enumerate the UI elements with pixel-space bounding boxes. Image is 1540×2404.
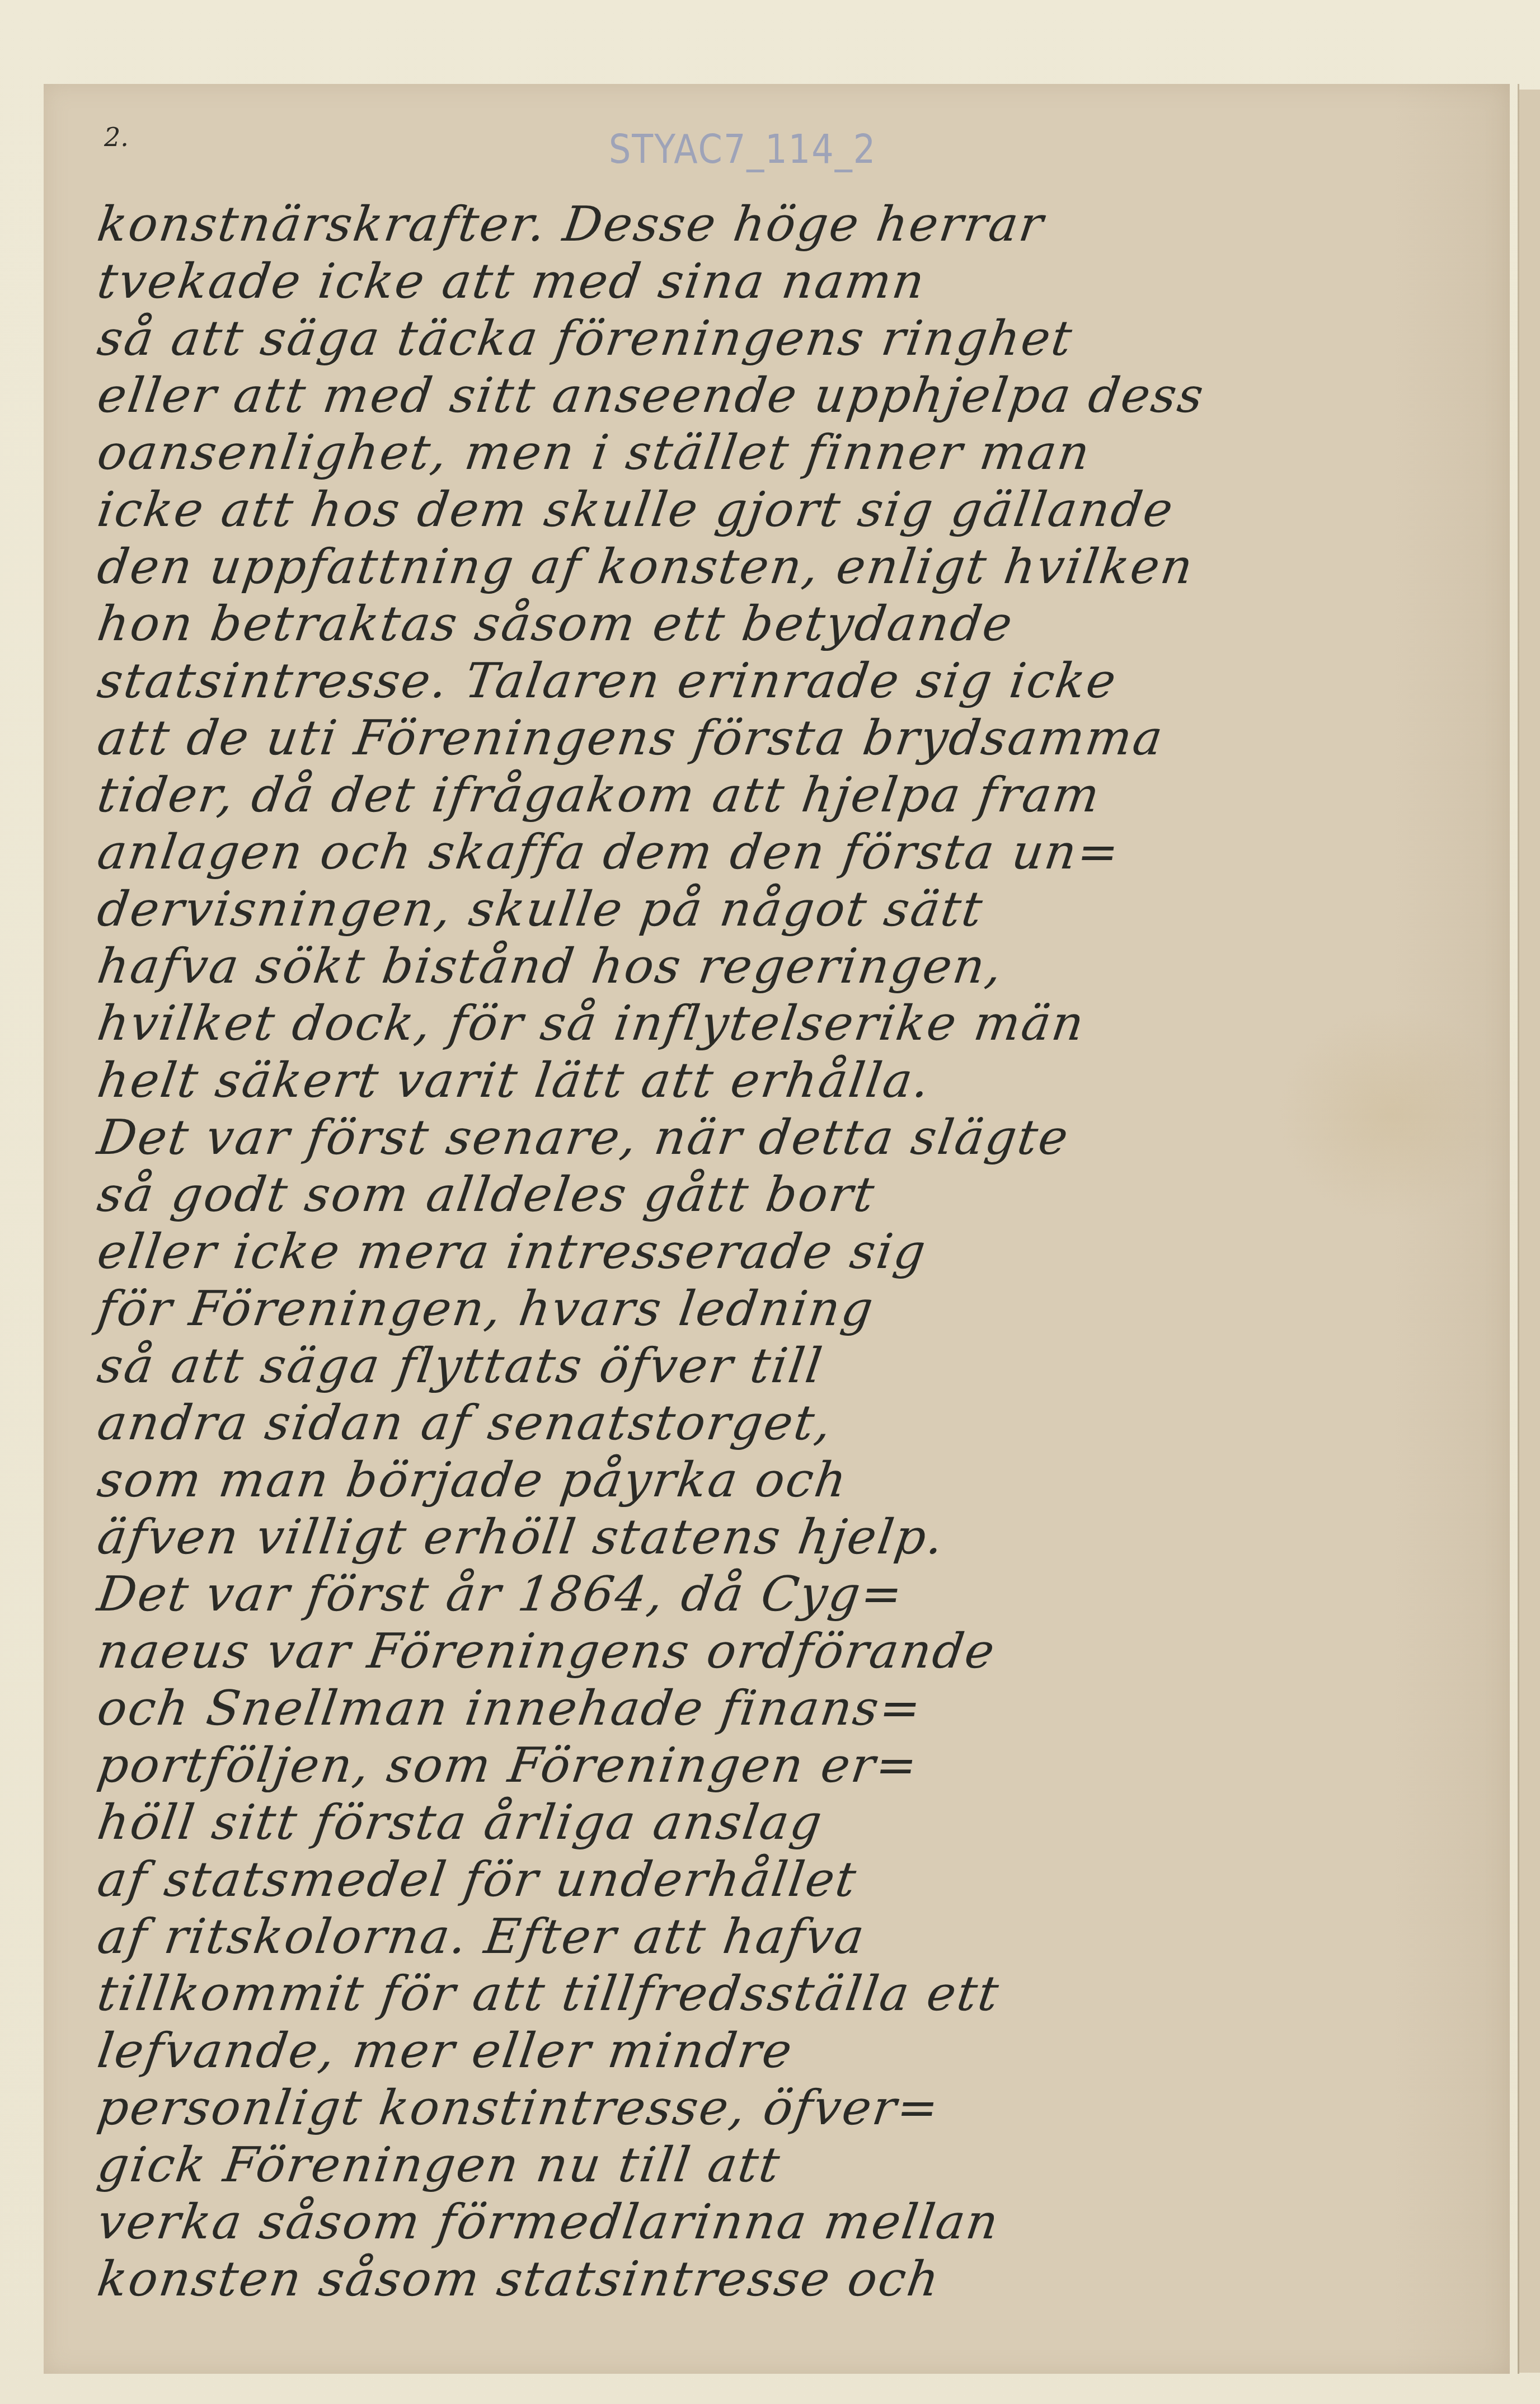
- text-line: äfven villigt erhöll statens hjelp.: [94, 1509, 1199, 1566]
- text-line: att de uti Föreningens första brydsamma: [94, 710, 1199, 767]
- adjacent-page-edge: [1519, 90, 1540, 2373]
- text-line: icke att hos dem skulle gjort sig gällan…: [94, 481, 1199, 538]
- text-line: gick Föreningen nu till att: [94, 2137, 1199, 2194]
- text-line: Det var först år 1864, då Cyg=: [94, 1566, 1199, 1623]
- text-line: och Snellman innehade finans=: [94, 1680, 1199, 1737]
- text-line: för Föreningen, hvars ledning: [94, 1280, 1199, 1337]
- text-line: hvilket dock, för så inflytelserike män: [94, 995, 1199, 1052]
- text-line: af statsmedel för underhållet: [94, 1851, 1199, 1908]
- text-line: helt säkert varit lätt att erhålla.: [94, 1052, 1199, 1109]
- text-line: personligt konstintresse, öfver=: [94, 2079, 1199, 2137]
- text-line: anlagen och skaffa dem den första un=: [94, 824, 1199, 881]
- text-line: verka såsom förmedlarinna mellan: [94, 2194, 1199, 2251]
- text-line: den uppfattning af konsten, enligt hvilk…: [94, 538, 1199, 595]
- text-line: höll sitt första årliga anslag: [94, 1794, 1199, 1851]
- text-line: så godt som alldeles gått bort: [94, 1166, 1199, 1223]
- text-line: tvekade icke att med sina namn: [94, 253, 1199, 310]
- text-line: statsintresse. Talaren erinrade sig icke: [94, 652, 1199, 710]
- text-line: så att säga flyttats öfver till: [94, 1337, 1199, 1394]
- text-line: konstnärskrafter. Desse höge herrar: [94, 196, 1199, 253]
- text-line: som man började påyrka och: [94, 1452, 1199, 1509]
- page-number: 2.: [104, 122, 129, 152]
- text-line: portföljen, som Föreningen er=: [94, 1737, 1199, 1794]
- text-line: andra sidan af senatstorget,: [94, 1394, 1199, 1452]
- text-line: eller icke mera intresserade sig: [94, 1223, 1199, 1280]
- text-line: tillkommit för att tillfredsställa ett: [94, 1965, 1199, 2022]
- text-line: naeus var Föreningens ordförande: [94, 1623, 1199, 1680]
- text-line: dervisningen, skulle på något sätt: [94, 881, 1199, 938]
- archive-stamp: STYAC7_114_2: [609, 126, 876, 173]
- text-line: hon betraktas såsom ett betydande: [94, 595, 1199, 652]
- manuscript-page: 2. STYAC7_114_2 konstnärskrafter. Desse …: [44, 84, 1510, 2374]
- text-line: konsten såsom statsintresse och: [94, 2251, 1199, 2308]
- text-line: så att säga täcka föreningens ringhet: [94, 310, 1199, 367]
- text-line: lefvande, mer eller mindre: [94, 2022, 1199, 2079]
- text-line: oansenlighet, men i stället finner man: [94, 424, 1199, 481]
- text-line: tider, då det ifrågakom att hjelpa fram: [94, 767, 1199, 824]
- text-line: hafva sökt bistånd hos regeringen,: [94, 938, 1199, 995]
- handwritten-text: konstnärskrafter. Desse höge herrar tvek…: [94, 196, 1191, 2308]
- text-line: af ritskolorna. Efter att hafva: [94, 1908, 1199, 1965]
- text-line: Det var först senare, när detta slägte: [94, 1109, 1199, 1166]
- text-line: eller att med sitt anseende upphjelpa de…: [94, 367, 1199, 424]
